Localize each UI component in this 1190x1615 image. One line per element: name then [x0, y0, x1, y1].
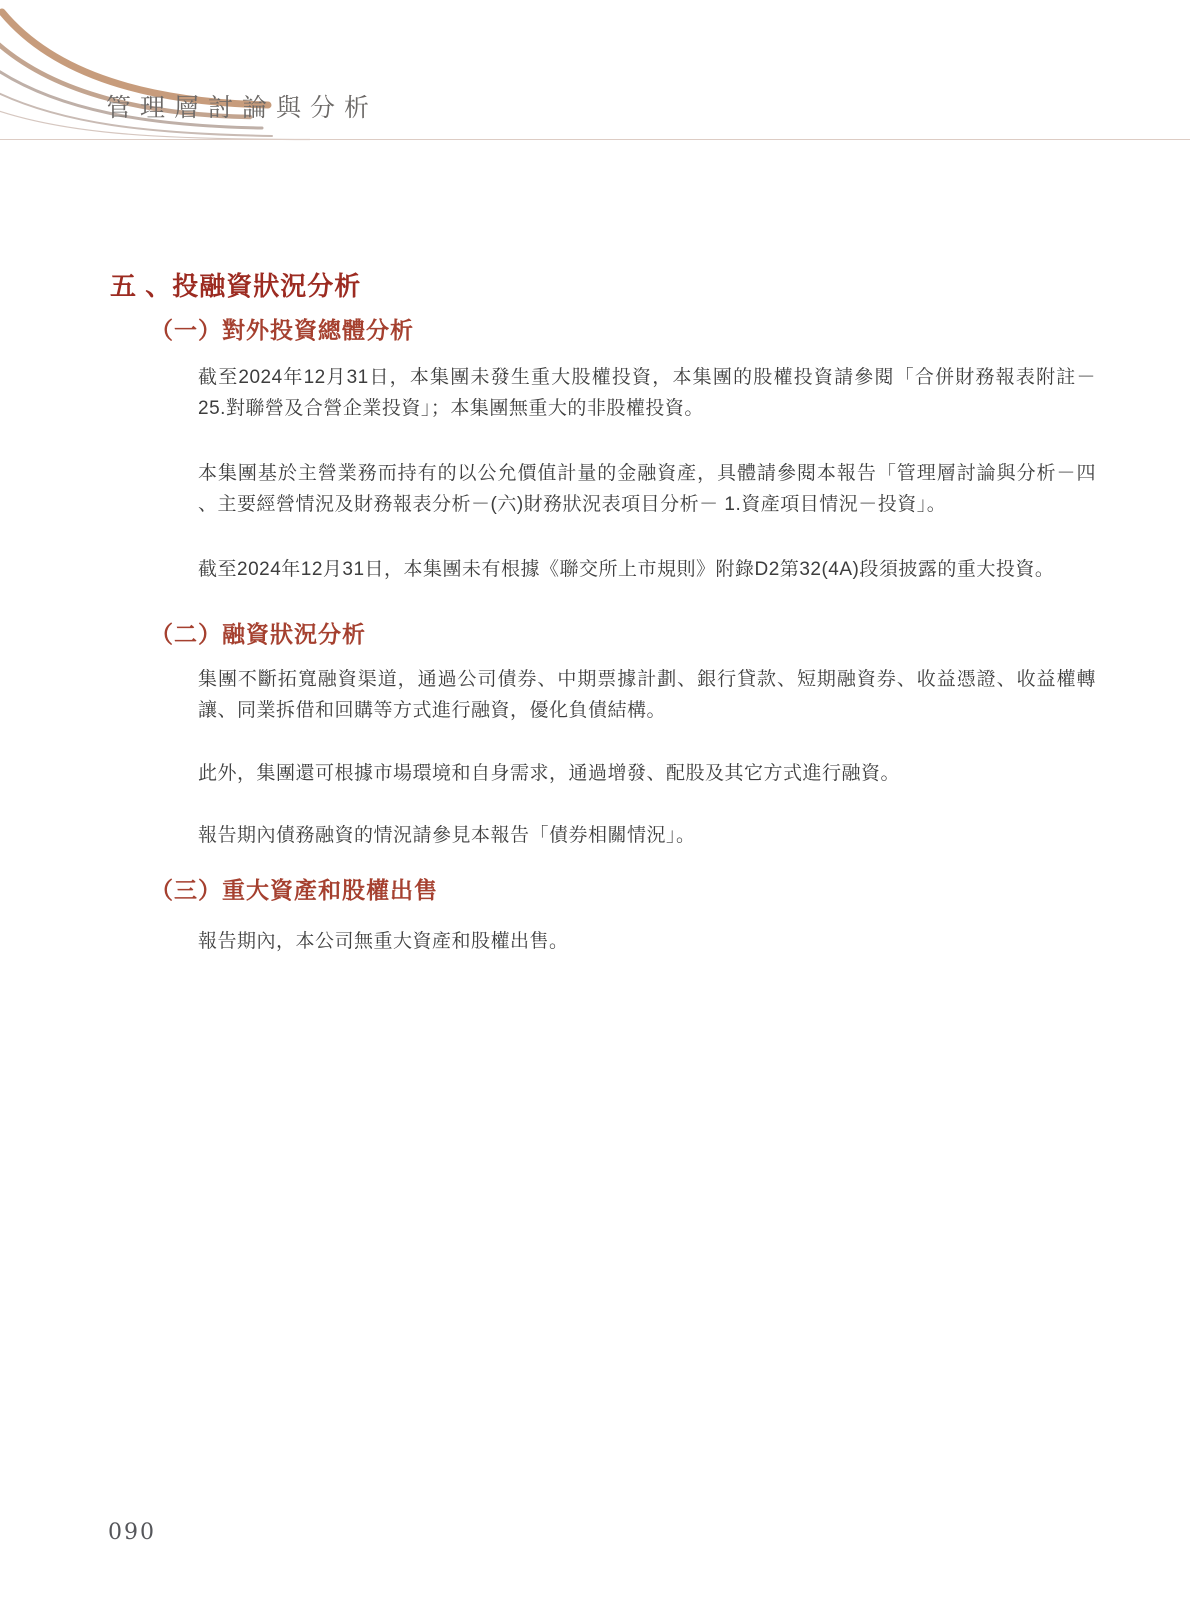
- subsection-2-paragraph-1: 集團不斷拓寬融資渠道，通過公司債券、中期票據計劃、銀行貸款、短期融資券、收益憑證…: [198, 664, 1096, 726]
- subsection-3-paragraph-1: 報告期內，本公司無重大資產和股權出售。: [198, 926, 1096, 957]
- header-divider: [0, 139, 1190, 140]
- decorative-arcs-icon: [0, 0, 310, 150]
- report-page: 管理層討論與分析 五 、投融資狀況分析 （一）對外投資總體分析 截至2024年1…: [0, 0, 1190, 1615]
- subsection-1-paragraph-3: 截至2024年12月31日，本集團未有根據《聯交所上市規則》附錄D2第32(4A…: [198, 554, 1096, 585]
- subsection-1-paragraph-2: 本集團基於主營業務而持有的以公允價值計量的金融資產，具體請參閱本報告「管理層討論…: [198, 458, 1096, 520]
- subsection-2-paragraph-3: 報告期內債務融資的情況請參見本報告「債券相關情況」。: [198, 820, 1096, 851]
- section-title: 五 、投融資狀況分析: [110, 266, 361, 303]
- subsection-1-paragraph-1: 截至2024年12月31日，本集團未發生重大股權投資，本集團的股權投資請參閱「合…: [198, 362, 1096, 424]
- page-number: 090: [108, 1520, 156, 1545]
- subsection-1-title: （一）對外投資總體分析: [150, 312, 414, 345]
- header-title: 管理層討論與分析: [106, 88, 378, 124]
- subsection-3-title: （三）重大資產和股權出售: [150, 872, 438, 905]
- subsection-2-title: （二）融資狀況分析: [150, 616, 366, 649]
- subsection-2-paragraph-2: 此外，集團還可根據市場環境和自身需求，通過增發、配股及其它方式進行融資。: [198, 758, 1096, 789]
